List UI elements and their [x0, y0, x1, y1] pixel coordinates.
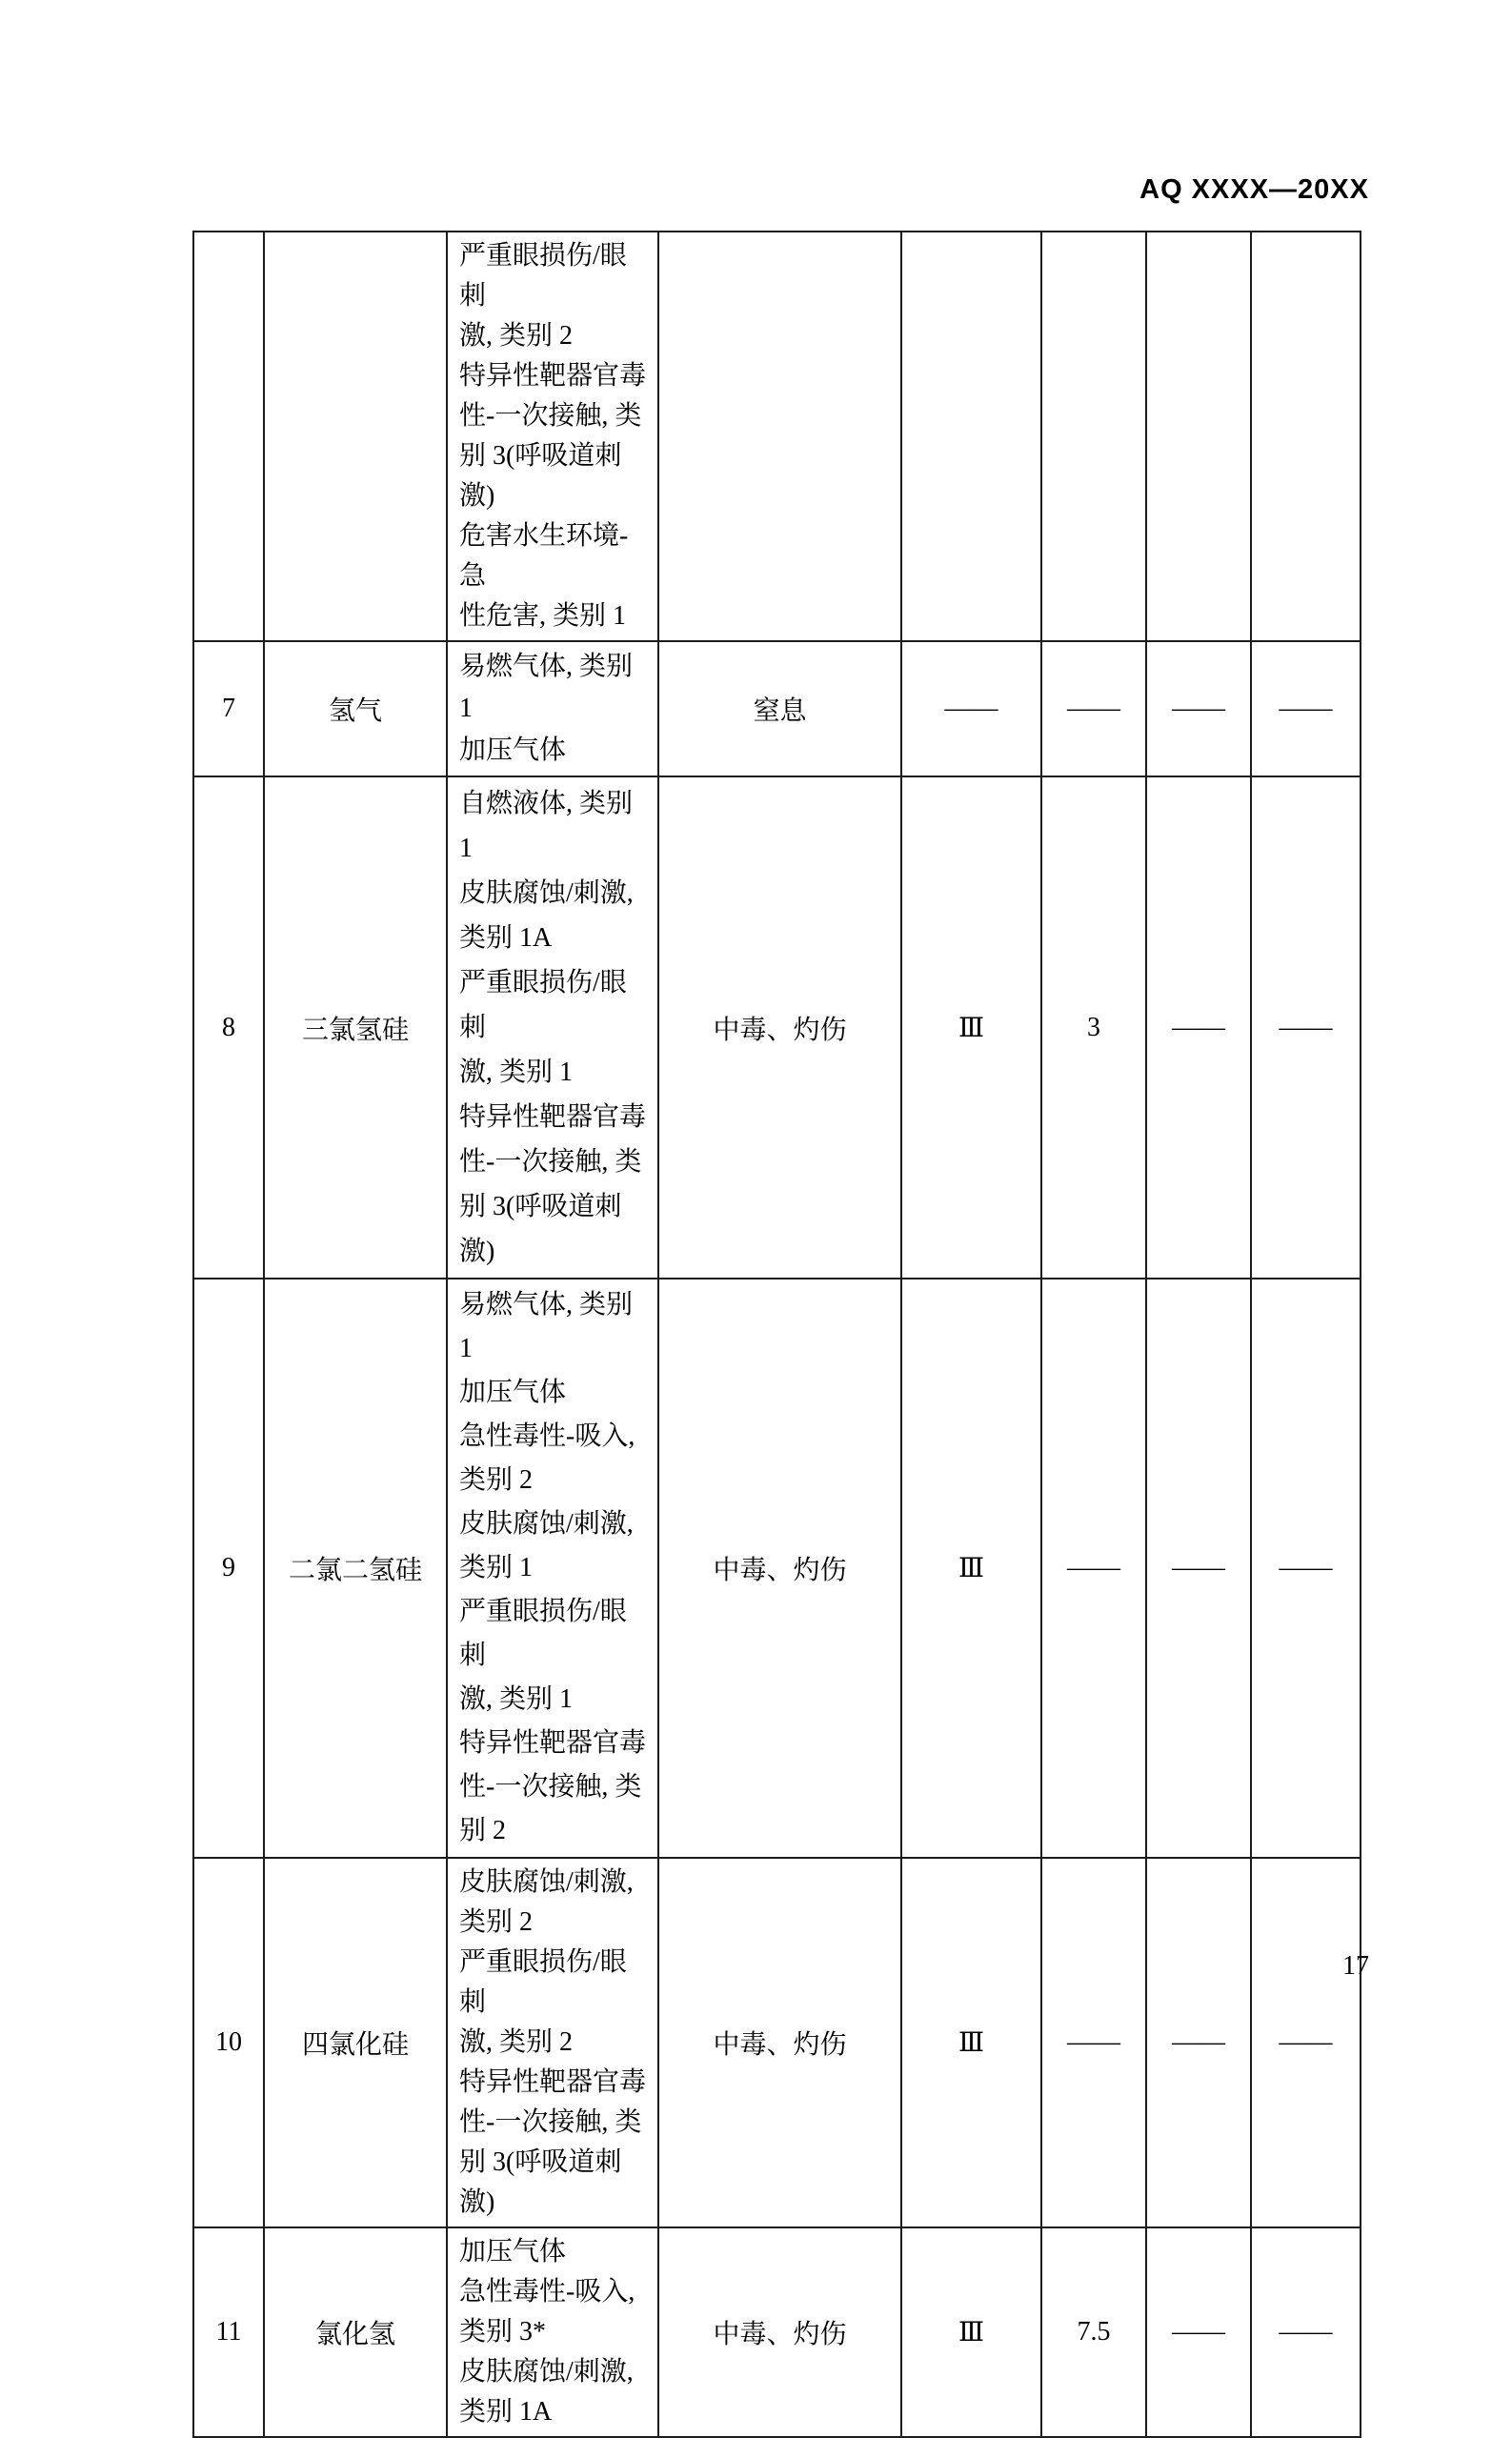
- hazard-line: 别 2: [459, 1809, 650, 1853]
- hazard-line: 类别 1: [459, 1546, 650, 1590]
- hazard-line: 皮肤腐蚀/刺激,: [459, 2352, 650, 2392]
- cell-col8: ——: [1251, 776, 1361, 1279]
- cell-name: 氢气: [264, 641, 447, 776]
- hazard-line: 加压气体: [459, 1371, 650, 1415]
- hazard-line: 皮肤腐蚀/刺激,: [459, 1863, 650, 1903]
- cell-col7: ——: [1146, 776, 1251, 1279]
- hazard-line: 性-一次接触, 类: [459, 2103, 650, 2143]
- cell-accident-type: [658, 232, 901, 641]
- hazard-line: 易燃气体, 类别 1: [459, 1283, 650, 1371]
- table-row: 8三氯氢硅自燃液体, 类别 1皮肤腐蚀/刺激,类别 1A严重眼损伤/眼刺激, 类…: [193, 776, 1361, 1279]
- hazard-line: 严重眼损伤/眼刺: [459, 1590, 650, 1678]
- hazard-line: 类别 2: [459, 1459, 650, 1502]
- cell-hazards: 严重眼损伤/眼刺激, 类别 2特异性靶器官毒性-一次接触, 类别 3(呼吸道刺激…: [447, 232, 658, 641]
- hazard-line: 激, 类别 2: [459, 2023, 650, 2063]
- cell-col7: ——: [1146, 641, 1251, 776]
- cell-name: 四氯化硅: [264, 1858, 447, 2227]
- cell-col8: ——: [1251, 1858, 1361, 2227]
- hazard-line: 皮肤腐蚀/刺激,: [459, 1502, 650, 1546]
- cell-col7: ——: [1146, 1858, 1251, 2227]
- hazard-line: 性-一次接触, 类: [459, 1765, 650, 1809]
- hazard-line: 特异性靶器官毒: [459, 2063, 650, 2103]
- hazard-line: 急性毒性-吸入,: [459, 1415, 650, 1459]
- hazard-line: 别 3(呼吸道刺激): [459, 436, 650, 516]
- cell-threshold: ——: [1041, 1858, 1146, 2227]
- hazard-line: 严重眼损伤/眼刺: [459, 1943, 650, 2023]
- cell-hazards: 易燃气体, 类别 1加压气体: [447, 641, 658, 776]
- table-row: 严重眼损伤/眼刺激, 类别 2特异性靶器官毒性-一次接触, 类别 3(呼吸道刺激…: [193, 232, 1361, 641]
- cell-supervision-level: Ⅲ: [901, 776, 1041, 1279]
- cell-hazards: 加压气体急性毒性-吸入,类别 3*皮肤腐蚀/刺激,类别 1A: [447, 2227, 658, 2437]
- hazard-line: 特异性靶器官毒: [459, 356, 650, 396]
- hazard-line: 加压气体: [459, 2232, 650, 2272]
- hazard-line: 激, 类别 1: [459, 1678, 650, 1722]
- table-row: 10四氯化硅皮肤腐蚀/刺激,类别 2严重眼损伤/眼刺激, 类别 2特异性靶器官毒…: [193, 1858, 1361, 2227]
- hazard-line: 严重眼损伤/眼刺: [459, 236, 650, 316]
- hazard-line: 特异性靶器官毒: [459, 1722, 650, 1765]
- cell-name: 三氯氢硅: [264, 776, 447, 1279]
- hazard-line: 类别 2: [459, 1903, 650, 1943]
- cell-name: [264, 232, 447, 641]
- cell-number: [193, 232, 264, 641]
- cell-accident-type: 窒息: [658, 641, 901, 776]
- hazard-line: 严重眼损伤/眼刺: [459, 960, 650, 1050]
- cell-threshold: [1041, 232, 1146, 641]
- cell-supervision-level: Ⅲ: [901, 2227, 1041, 2437]
- cell-supervision-level: [901, 232, 1041, 641]
- cell-number: 11: [193, 2227, 264, 2437]
- cell-accident-type: 中毒、灼伤: [658, 776, 901, 1279]
- cell-hazards: 皮肤腐蚀/刺激,类别 2严重眼损伤/眼刺激, 类别 2特异性靶器官毒性-一次接触…: [447, 1858, 658, 2227]
- cell-threshold: 3: [1041, 776, 1146, 1279]
- hazard-line: 自燃液体, 类别 1: [459, 781, 650, 871]
- table-row: 11氯化氢加压气体急性毒性-吸入,类别 3*皮肤腐蚀/刺激,类别 1A中毒、灼伤…: [193, 2227, 1361, 2437]
- hazard-line: 激, 类别 2: [459, 316, 650, 356]
- document-header: AQ XXXX—20XX: [1139, 174, 1369, 206]
- cell-accident-type: 中毒、灼伤: [658, 1279, 901, 1858]
- cell-name: 二氯二氢硅: [264, 1279, 447, 1858]
- cell-threshold: 7.5: [1041, 2227, 1146, 2437]
- cell-col7: ——: [1146, 2227, 1251, 2437]
- cell-supervision-level: ——: [901, 641, 1041, 776]
- cell-number: 9: [193, 1279, 264, 1858]
- hazard-line: 易燃气体, 类别 1: [459, 646, 650, 730]
- hazard-line: 急性毒性-吸入,: [459, 2272, 650, 2312]
- cell-number: 7: [193, 641, 264, 776]
- cell-col8: ——: [1251, 1279, 1361, 1858]
- cell-hazards: 易燃气体, 类别 1加压气体急性毒性-吸入,类别 2皮肤腐蚀/刺激,类别 1严重…: [447, 1279, 658, 1858]
- cell-accident-type: 中毒、灼伤: [658, 2227, 901, 2437]
- hazard-table: 严重眼损伤/眼刺激, 类别 2特异性靶器官毒性-一次接触, 类别 3(呼吸道刺激…: [192, 231, 1361, 2438]
- cell-number: 10: [193, 1858, 264, 2227]
- hazard-line: 性-一次接触, 类: [459, 1139, 650, 1184]
- document-page: AQ XXXX—20XX 严重眼损伤/眼刺激, 类别 2特异性靶器官毒性-一次接…: [0, 0, 1512, 2139]
- cell-name: 氯化氢: [264, 2227, 447, 2437]
- hazard-line: 类别 3*: [459, 2312, 650, 2352]
- cell-col8: ——: [1251, 641, 1361, 776]
- hazard-line: 类别 1A: [459, 2392, 650, 2432]
- hazard-line: 特异性靶器官毒: [459, 1095, 650, 1139]
- hazard-line: 类别 1A: [459, 916, 650, 960]
- hazard-line: 加压气体: [459, 730, 650, 772]
- cell-col8: [1251, 232, 1361, 641]
- hazard-line: 性危害, 类别 1: [459, 596, 650, 636]
- hazard-line: 性-一次接触, 类: [459, 396, 650, 436]
- hazard-line: 危害水生环境-急: [459, 516, 650, 596]
- cell-number: 8: [193, 776, 264, 1279]
- table-row: 9二氯二氢硅易燃气体, 类别 1加压气体急性毒性-吸入,类别 2皮肤腐蚀/刺激,…: [193, 1279, 1361, 1858]
- cell-col7: ——: [1146, 1279, 1251, 1858]
- hazard-line: 皮肤腐蚀/刺激,: [459, 871, 650, 916]
- hazard-line: 别 3(呼吸道刺激): [459, 2143, 650, 2223]
- hazard-line: 别 3(呼吸道刺激): [459, 1184, 650, 1274]
- cell-threshold: ——: [1041, 1279, 1146, 1858]
- cell-col7: [1146, 232, 1251, 641]
- cell-supervision-level: Ⅲ: [901, 1279, 1041, 1858]
- table-row: 7氢气易燃气体, 类别 1加压气体窒息————————: [193, 641, 1361, 776]
- hazard-line: 激, 类别 1: [459, 1050, 650, 1095]
- cell-accident-type: 中毒、灼伤: [658, 1858, 901, 2227]
- hazard-table-body: 严重眼损伤/眼刺激, 类别 2特异性靶器官毒性-一次接触, 类别 3(呼吸道刺激…: [193, 232, 1361, 2437]
- cell-col8: ——: [1251, 2227, 1361, 2437]
- cell-threshold: ——: [1041, 641, 1146, 776]
- page-number: 17: [1342, 1951, 1369, 1982]
- cell-hazards: 自燃液体, 类别 1皮肤腐蚀/刺激,类别 1A严重眼损伤/眼刺激, 类别 1特异…: [447, 776, 658, 1279]
- cell-supervision-level: Ⅲ: [901, 1858, 1041, 2227]
